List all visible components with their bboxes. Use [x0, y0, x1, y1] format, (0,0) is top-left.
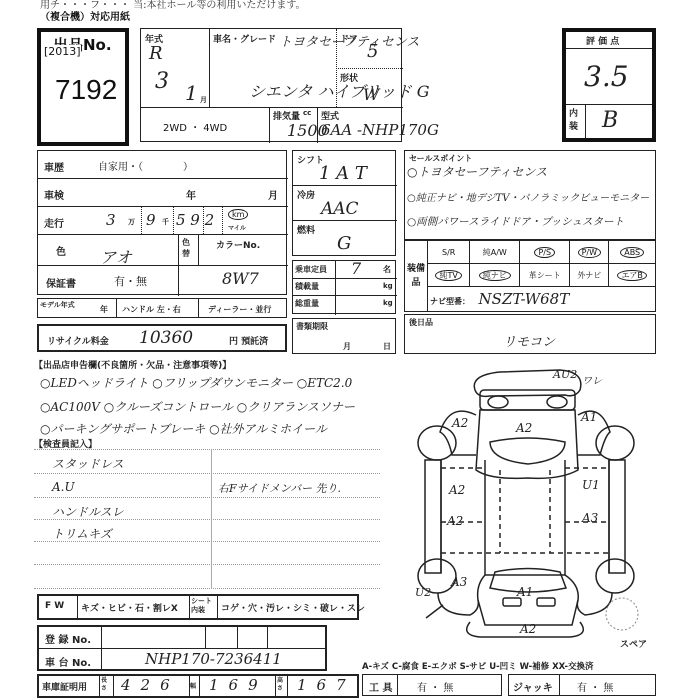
recycle-row: リサイクル料金 10360 円 預託済	[37, 324, 287, 352]
month-unit: 月	[200, 95, 207, 105]
later-items-label: 後日品	[409, 317, 433, 328]
jack-box: ジャッキ 有 ・ 無	[508, 674, 656, 696]
sales-point-2: ○純正ナビ・地デジTV・パノラミックビューモニター	[407, 189, 649, 204]
inspection-year: 年	[186, 187, 196, 202]
score-value: 3.5	[584, 60, 629, 93]
model-year-label: モデル年式	[40, 301, 80, 309]
door-value: 5	[367, 41, 378, 62]
door-label: ドア	[340, 32, 358, 45]
garage-row: 車庫証明用 長さ 426 幅 169 高さ 167	[37, 674, 359, 698]
doc-day: 日	[383, 341, 391, 352]
weight-label: 総重量	[295, 298, 319, 309]
color-no-label: カラーNo.	[216, 238, 260, 251]
height-label: 高さ	[277, 677, 287, 693]
fuel-value: G	[337, 233, 351, 254]
navi-label: ナビ型番：	[430, 297, 470, 306]
dmg-front-left-fender: A2	[452, 416, 468, 430]
interior-value: B	[602, 108, 618, 133]
sales-point-3: ○両側パワースライドドア・プッシュスタート	[407, 214, 624, 229]
registration-box: 登 録 No. 車 台 No. NHP170-7236411	[37, 625, 327, 671]
interior-label: 内装	[569, 108, 579, 134]
fw-label: F W	[45, 601, 64, 611]
name-label: 車名・グレード	[213, 32, 276, 45]
color-change-label: 色替	[182, 237, 192, 259]
recycle-unit: 円 預託済	[229, 334, 268, 347]
dmg-hood: A2	[516, 421, 532, 435]
navi-row: ナビ型番： NSZT-W68T	[428, 287, 656, 312]
mileage-man-unit: 万	[128, 217, 135, 227]
score-label: 評 価 点	[586, 34, 619, 47]
equip-sr: S/R	[428, 241, 470, 264]
shape-value: W	[363, 85, 379, 104]
dmg-rear-panel: A1	[517, 585, 533, 599]
doc-box: 書類期限 月 日	[292, 318, 396, 354]
history-box: 車歴 自家用・（ ） 車検 年 月 走行 3 万 9 千 5 9 2 km マイ…	[37, 150, 287, 295]
tools-value: 有 ・ 無	[417, 679, 453, 694]
equip-pw: P/W	[570, 241, 609, 264]
year-value: 3	[155, 69, 169, 94]
chassis-label: 車 台 No.	[45, 654, 91, 669]
equip-abs: ABS	[609, 241, 656, 264]
doc-month: 月	[343, 341, 351, 352]
width-label: 幅	[190, 681, 196, 690]
inspector-note-3: ハンドルスレ	[52, 503, 124, 520]
lot-number: 7192	[55, 74, 117, 106]
damage-legend: A-キズ C-腐食 E-エクボ S-サビ U-凹ミ W-補修 XX-交換済	[362, 660, 594, 672]
history-label: 車歴	[44, 159, 64, 174]
mileage-alt-unit: マイル	[228, 223, 246, 232]
month-value: 1	[185, 81, 198, 105]
lot-year-stamp: [2013]	[44, 45, 81, 58]
dmg-left-rear-quarter: A3	[451, 575, 467, 589]
inspector-note-4: トリムキズ	[52, 525, 112, 542]
tools-box: 工 具 有 ・ 無	[362, 674, 502, 696]
history-value: 自家用・（ ）	[98, 158, 193, 173]
later-items-box: 後日品 リモコン	[404, 314, 656, 354]
model-value: 6AA -NHP170G	[321, 121, 439, 139]
recycle-value: 10360	[139, 328, 193, 348]
sales-point-1: ○トヨタセーフティセンス	[407, 163, 547, 180]
score-box: 評 価 点 3.5 内装 B	[562, 28, 656, 142]
year-era: R	[149, 43, 163, 64]
garage-label: 車庫証明用	[42, 680, 87, 693]
reg-label: 登 録 No.	[45, 631, 91, 646]
displacement-unit: cc	[303, 109, 311, 117]
warranty-label: 保証書	[46, 275, 76, 290]
spare-label: スペア	[620, 637, 647, 650]
shape-label: 形状	[340, 71, 358, 84]
doc-label: 書類期限	[296, 321, 328, 332]
width-value: 169	[209, 676, 268, 694]
seller-note-2: ○AC100V ○クルーズコントロール ○クリアランスソナー	[40, 398, 355, 415]
weight-unit: kg	[383, 299, 393, 307]
color-label: 色	[56, 243, 66, 258]
seat-label: シート内装	[191, 597, 215, 615]
dmg-ware: ワレ	[582, 372, 602, 387]
equip-airbag: エアB	[609, 264, 656, 287]
inspector-note-2: A.U	[52, 480, 75, 494]
shift-box: シフト 1 A T 冷房 AAC 燃料 G	[292, 150, 396, 256]
mileage-rest: 5 9 2	[176, 211, 214, 229]
capacity-value: 7	[351, 259, 361, 278]
equip-leather: 革シート	[520, 264, 570, 287]
load-label: 積載量	[295, 281, 319, 292]
jack-value: 有 ・ 無	[577, 679, 613, 694]
inspection-label: 車検	[44, 187, 64, 202]
seller-notes-label: 【出品店申告欄(不良箇所・欠品・注意事項等)】	[34, 358, 231, 371]
mileage-sen-unit: 千	[162, 217, 169, 227]
dmg-left-rear-note: U2	[415, 586, 431, 599]
capacity-box: 乗車定員 7 名 積載量 kg 総重量 kg	[292, 260, 396, 314]
warranty-value: 有・無	[114, 273, 147, 289]
drive-label: 2WD ・ 4WD	[163, 119, 227, 134]
capacity-unit: 名	[383, 264, 391, 275]
ac-value: AAC	[321, 199, 359, 219]
tools-label: 工 具	[369, 679, 392, 694]
dmg-left-front-door: A2	[449, 483, 465, 497]
load-unit: kg	[383, 282, 393, 290]
mileage-man: 3	[106, 211, 116, 229]
color-value: アオ	[100, 245, 132, 268]
ac-label: 冷房	[297, 188, 315, 201]
lot-box: 出品No. [2013] 7192	[37, 28, 129, 146]
equip-aw: 純A/W	[470, 241, 520, 264]
navi-value: NSZT-W68T	[479, 290, 570, 308]
seller-note-3: ○パーキングサポートブレーキ ○社外アルミホイール	[40, 420, 327, 437]
equip-navi: 純ナビ	[470, 264, 520, 287]
mileage-label: 走行	[44, 215, 64, 230]
dealer-label: ディーラー・並行	[208, 304, 271, 315]
dmg-right-rear-door: A3	[582, 511, 598, 525]
equip-ext-navi: 外ナビ	[570, 264, 609, 287]
fw-row: F W キズ・ヒビ・石・割レX シート内装 コゲ・穴・汚レ・シミ・破レ・スレ	[37, 594, 359, 620]
recycle-label: リサイクル料金	[47, 334, 109, 347]
color-no-value: 8W7	[222, 269, 259, 288]
dmg-right-front-door: U1	[582, 478, 600, 492]
chassis-value: NHP170-7236411	[145, 650, 282, 668]
vehicle-box: 年式 R 3 1 月 車名・グレード トヨタセーフティセンス シエンタ ハイブリ…	[140, 28, 402, 142]
height-value: 167	[297, 676, 356, 694]
handle-label: ハンドル 左・右	[122, 304, 181, 315]
mileage-sen: 9	[146, 211, 156, 229]
length-value: 426	[121, 676, 180, 694]
inspection-month: 月	[268, 187, 278, 202]
fw-items: キズ・ヒビ・石・割レX	[81, 601, 178, 614]
model-year-unit: 年	[100, 304, 108, 315]
seat-items: コゲ・穴・汚レ・シミ・破レ・スレ	[221, 601, 365, 614]
jack-label: ジャッキ	[513, 679, 553, 694]
equip-ps: P/S	[520, 241, 570, 264]
inspector-note-1: スタッドレス	[52, 455, 124, 472]
fuel-label: 燃料	[297, 223, 315, 236]
dmg-au2: AU2	[553, 368, 577, 381]
sales-points-box: セールスポイント ○トヨタセーフティセンス ○純正ナビ・地デジTV・パノラミック…	[404, 150, 656, 240]
header-subtitle: （複合機）対応用紙	[40, 8, 130, 23]
dmg-left-rear-door: A2	[447, 514, 463, 528]
length-label: 長さ	[101, 677, 111, 693]
seller-note-1: ○LEDヘッドライト ○フリップダウンモニター ○ETC2.0	[40, 374, 352, 391]
shift-value: 1 A T	[319, 163, 367, 184]
mileage-unit: km	[228, 209, 248, 220]
equip-tv: 純TV	[428, 264, 470, 287]
equipment-table: 装備品 S/R 純A/W P/S P/W ABS 純TV 純ナビ 革シート 外ナ…	[404, 240, 656, 312]
equipment-label: 装備品	[405, 241, 428, 312]
dmg-front-right-fender: A1	[581, 410, 597, 424]
model-year-row: モデル年式 年 ハンドル 左・右 ディーラー・並行	[37, 298, 287, 318]
capacity-label: 乗車定員	[295, 264, 327, 275]
dmg-rear-bumper: A2	[520, 622, 536, 636]
inspector-note-right: 右Fサイドメンバー 先り.	[218, 480, 341, 496]
later-items-value: リモコン	[503, 331, 555, 350]
